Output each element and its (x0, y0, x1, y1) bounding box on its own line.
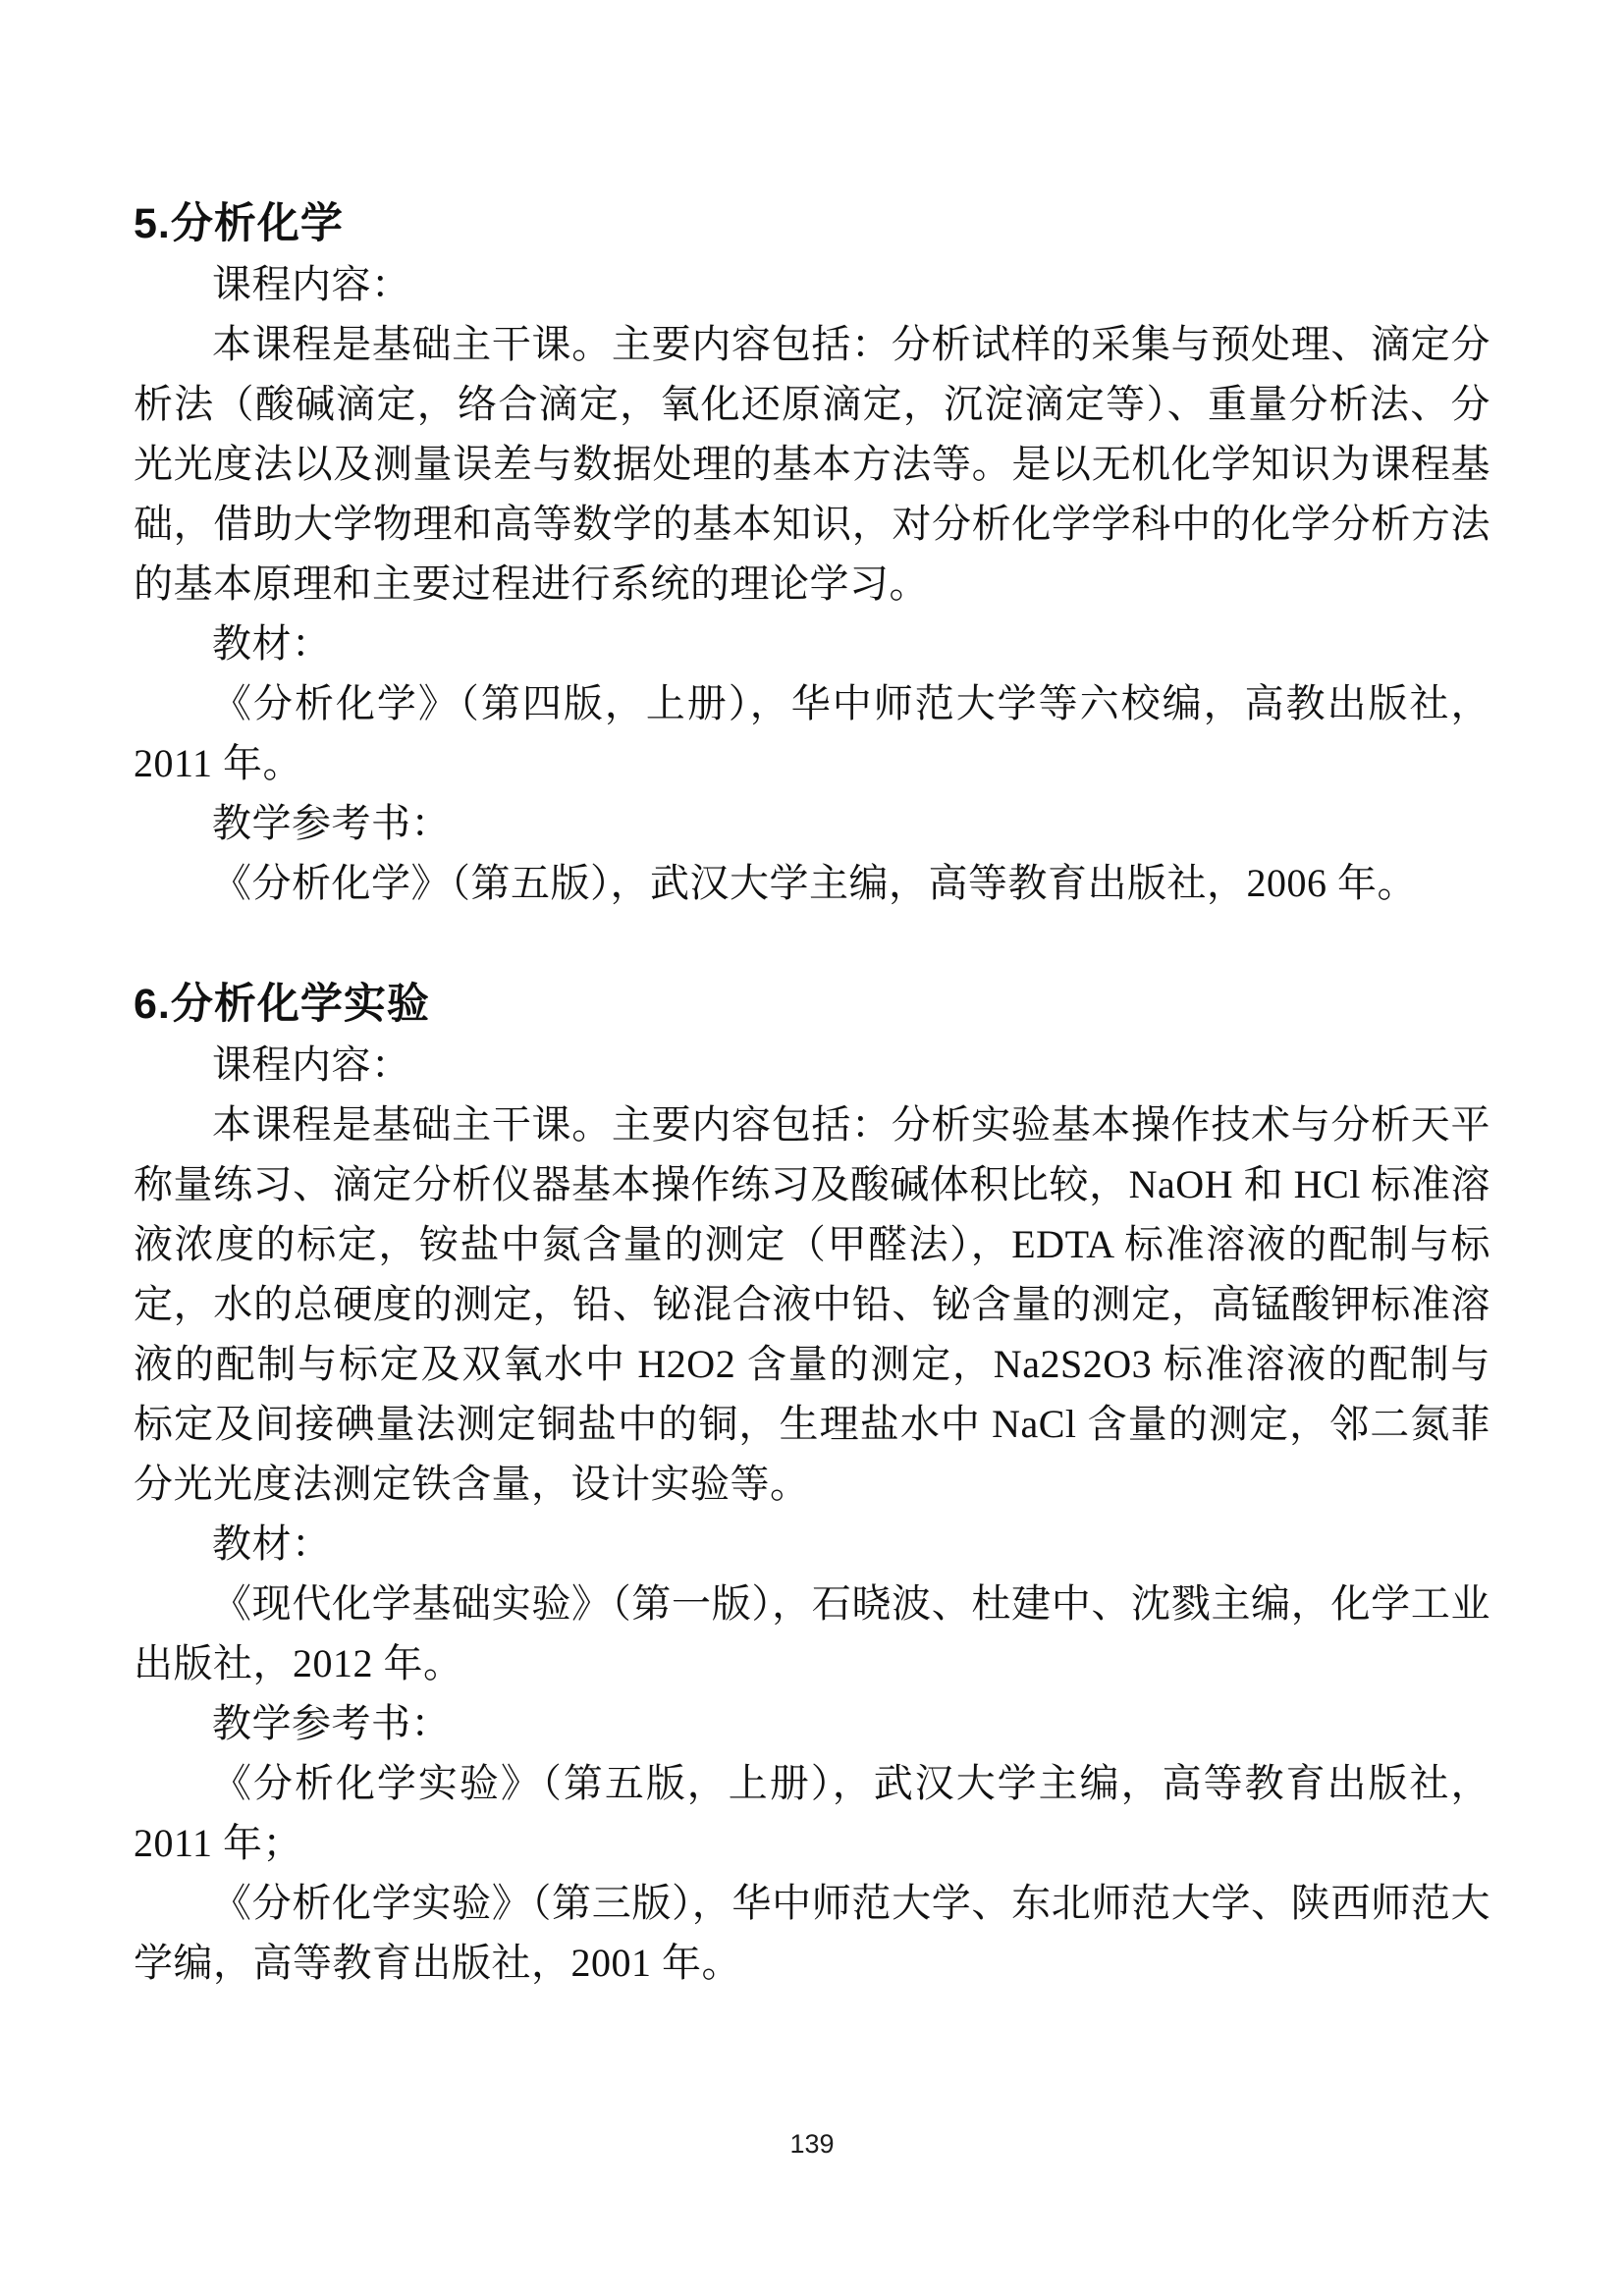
section-6-heading: 6.分析化学实验 (134, 975, 1490, 1035)
page-number: 139 (0, 2128, 1624, 2160)
textbook-label: 教材： (134, 614, 1490, 673)
textbook-label: 教材： (134, 1514, 1490, 1574)
course-description: 本课程是基础主干课。主要内容包括：分析实验基本操作技术与分析天平称量练习、滴定分… (134, 1095, 1490, 1514)
textbook-entry: 《分析化学》（第四版，上册），华中师范大学等六校编，高教出版社，2011 年。 (134, 673, 1490, 793)
reference-books-label: 教学参考书： (134, 1693, 1490, 1753)
reference-books-label: 教学参考书： (134, 793, 1490, 853)
reference-book-entry: 《分析化学》（第五版），武汉大学主编，高等教育出版社，2006 年。 (134, 853, 1490, 913)
course-content-label: 课程内容： (134, 1035, 1490, 1095)
section-analytical-chemistry-lab: 6.分析化学实验 课程内容： 本课程是基础主干课。主要内容包括：分析实验基本操作… (134, 975, 1490, 1993)
textbook-entry: 《现代化学基础实验》（第一版），石晓波、杜建中、沈戮主编，化学工业出版社，201… (134, 1574, 1490, 1693)
reference-book-entry: 《分析化学实验》（第五版，上册），武汉大学主编，高等教育出版社，2011 年； (134, 1753, 1490, 1873)
document-page: 5.分析化学 课程内容： 本课程是基础主干课。主要内容包括：分析试样的采集与预处… (0, 0, 1624, 2296)
course-description: 本课程是基础主干课。主要内容包括：分析试样的采集与预处理、滴定分析法（酸碱滴定，… (134, 314, 1490, 614)
section-analytical-chemistry: 5.分析化学 课程内容： 本课程是基础主干课。主要内容包括：分析试样的采集与预处… (134, 194, 1490, 913)
course-content-label: 课程内容： (134, 254, 1490, 314)
reference-book-entry: 《分析化学实验》（第三版），华中师范大学、东北师范大学、陕西师范大学编，高等教育… (134, 1873, 1490, 1993)
section-5-heading: 5.分析化学 (134, 194, 1490, 254)
